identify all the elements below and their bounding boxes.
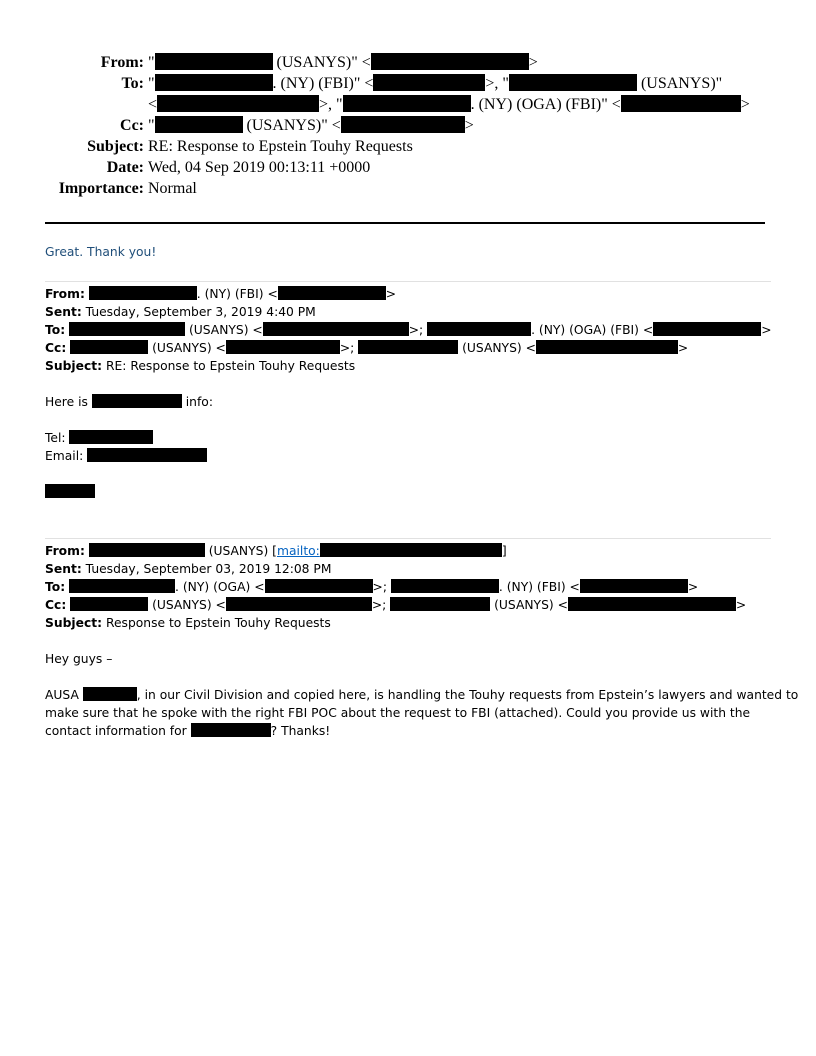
date-value: Wed, 04 Sep 2019 00:13:11 +0000: [148, 157, 370, 178]
redaction: [70, 340, 148, 354]
msg2-from: From: (USANYS) [mailto:]: [45, 542, 775, 560]
email-header: From: " (USANYS)" <> To: ". (NY) (FBI)" …: [0, 52, 816, 199]
reply-text: Great. Thank you!: [45, 243, 775, 261]
msg1-cc: Cc: (USANYS) <>; (USANYS) <>: [45, 339, 775, 357]
msg2-paragraph-line2: make sure that he spoke with the right F…: [45, 704, 775, 722]
redaction: [89, 286, 197, 300]
msg2-paragraph-line1: AUSA , in our Civil Division and copied …: [45, 686, 775, 704]
redaction: [536, 340, 678, 354]
redaction: [191, 723, 271, 737]
msg2-paragraph-line3: contact information for ? Thanks!: [45, 722, 775, 740]
msg2-subject: Subject: Response to Epstein Touhy Reque…: [45, 614, 775, 632]
redaction: [69, 430, 153, 444]
msg1-email: Email:: [45, 447, 775, 465]
redaction: [358, 340, 458, 354]
message-separator: [45, 538, 771, 539]
redaction: [568, 597, 736, 611]
quoted-message-1: From: . (NY) (FBI) <> Sent: Tuesday, Sep…: [45, 285, 775, 501]
redaction: [320, 543, 502, 557]
header-date-row: Date: Wed, 04 Sep 2019 00:13:11 +0000: [0, 157, 816, 178]
redaction: [580, 579, 688, 593]
msg1-here-is: Here is info:: [45, 393, 775, 411]
redaction: [157, 95, 319, 112]
redaction: [226, 340, 340, 354]
header-to-row-cont: <>, ". (NY) (OGA) (FBI)" <>: [0, 94, 816, 115]
importance-label: Importance:: [59, 178, 144, 199]
redaction: [653, 322, 761, 336]
msg2-greeting: Hey guys –: [45, 650, 775, 668]
msg1-to: To: (USANYS) <>; . (NY) (OGA) (FBI) <>: [45, 321, 775, 339]
redaction: [509, 74, 637, 91]
cc-value: " (USANYS)" <>: [148, 115, 474, 136]
redaction: [341, 116, 465, 133]
redaction: [69, 579, 175, 593]
redaction: [83, 687, 137, 701]
msg2-to: To: . (NY) (OGA) <>; . (NY) (FBI) <>: [45, 578, 775, 596]
msg1-sent: Sent: Tuesday, September 3, 2019 4:40 PM: [45, 303, 775, 321]
quoted-message-2: From: (USANYS) [mailto:] Sent: Tuesday, …: [45, 542, 775, 740]
mailto-link[interactable]: mailto:: [277, 544, 320, 558]
header-subject-row: Subject: RE: Response to Epstein Touhy R…: [0, 136, 816, 157]
header-cc-row: Cc: " (USANYS)" <>: [0, 115, 816, 136]
msg1-subject: Subject: RE: Response to Epstein Touhy R…: [45, 357, 775, 375]
redaction: [155, 74, 273, 91]
redaction: [373, 74, 485, 91]
redaction: [390, 597, 490, 611]
redaction: [263, 322, 409, 336]
redaction: [343, 95, 471, 112]
subject-label: Subject:: [87, 136, 144, 157]
redaction: [371, 53, 529, 70]
redaction: [89, 543, 205, 557]
redaction: [87, 448, 207, 462]
redaction: [155, 116, 243, 133]
header-from-row: From: " (USANYS)" <>: [0, 52, 816, 73]
redaction: [278, 286, 386, 300]
redaction: [155, 53, 273, 70]
cc-label: Cc:: [120, 115, 144, 136]
redaction: [226, 597, 372, 611]
header-importance-row: Importance: Normal: [0, 178, 816, 199]
msg1-from: From: . (NY) (FBI) <>: [45, 285, 775, 303]
date-label: Date:: [107, 157, 144, 178]
to-label: To:: [121, 73, 144, 94]
from-value: " (USANYS)" <>: [148, 52, 538, 73]
to-value: ". (NY) (FBI)" <>, " (USANYS)": [148, 73, 722, 94]
redaction: [70, 597, 148, 611]
msg2-cc: Cc: (USANYS) <>; (USANYS) <>: [45, 596, 775, 614]
redaction: [92, 394, 182, 408]
redaction: [427, 322, 531, 336]
msg2-sent: Sent: Tuesday, September 03, 2019 12:08 …: [45, 560, 775, 578]
importance-value: Normal: [148, 178, 197, 199]
redaction: [391, 579, 499, 593]
redaction: [45, 484, 95, 498]
header-to-row: To: ". (NY) (FBI)" <>, " (USANYS)": [0, 73, 816, 94]
redaction: [69, 322, 185, 336]
msg1-tel: Tel:: [45, 429, 775, 447]
redaction: [265, 579, 373, 593]
from-label: From:: [101, 52, 144, 73]
redaction: [621, 95, 741, 112]
message-separator: [45, 281, 771, 282]
msg1-signature: [45, 483, 775, 501]
header-divider: [45, 222, 765, 224]
subject-value: RE: Response to Epstein Touhy Requests: [148, 136, 413, 157]
